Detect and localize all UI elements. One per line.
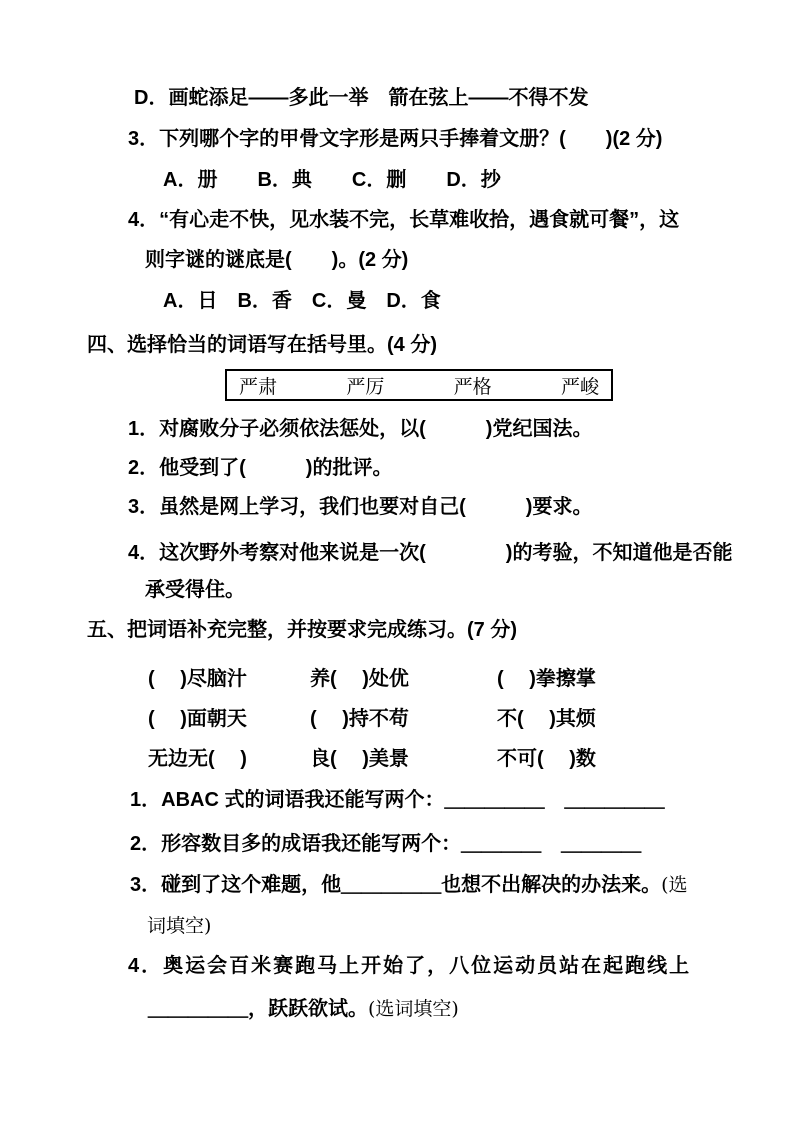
- section-four-item1: 1．对腐败分子必须依法惩处，以( )党纪国法。: [128, 417, 592, 441]
- section-four-item3: 3．虽然是网上学习，我们也要对自己( )要求。: [128, 495, 592, 519]
- word-completion-cell: ( )面朝天: [148, 707, 247, 731]
- section-five-item2: 2．形容数目多的成语我还能写两个：＿＿＿＿ ＿＿＿＿: [130, 832, 641, 856]
- word-bank-item: 严肃: [239, 372, 277, 399]
- section-five-item4-line1: 4．奥运会百米赛跑马上开始了，八位运动员站在起跑线上: [128, 954, 691, 978]
- section-five-heading: 五、把词语补充完整，并按要求完成练习。(7 分): [87, 618, 517, 642]
- section-five-item1: 1．ABAC 式的词语我还能写两个：＿＿＿＿＿ ＿＿＿＿＿: [130, 788, 664, 812]
- word-completion-cell: 不( )其烦: [497, 707, 596, 731]
- word-completion-cell: ( )持不苟: [310, 707, 409, 731]
- section-four-item2: 2．他受到了( )的批评。: [128, 456, 392, 480]
- section-five-item4-note: (选词填空): [368, 998, 459, 1020]
- section-four-item4-line1: 4．这次野外考察对他来说是一次( )的考验，不知道他是否能: [128, 541, 732, 565]
- question4-stem-line2: 则字谜的谜底是( )。(2 分): [145, 248, 408, 272]
- word-bank-item: 严厉: [346, 372, 384, 399]
- question4-stem-line1: 4．“有心走不快，见水装不完，长草难收拾，遇食就可餐”，这: [128, 208, 679, 232]
- word-completion-cell: 不可( )数: [497, 747, 596, 771]
- word-completion-cell: 无边无( ): [148, 747, 247, 771]
- word-bank-item: 严格: [454, 372, 492, 399]
- section-four-item4-line2: 承受得住。: [145, 578, 245, 602]
- section-five-item4-line2: ＿＿＿＿＿，跃跃欲试。(选词填空): [148, 997, 459, 1021]
- word-bank-item: 严峻: [561, 372, 599, 399]
- section-five-item4-blank-text: ＿＿＿＿＿，跃跃欲试。: [148, 998, 368, 1020]
- question3-options: A．册 B．典 C．删 D．抄: [163, 168, 501, 192]
- word-completion-cell: 养( )处优: [310, 667, 409, 691]
- section-five-item3-note-rest: 词填空): [147, 914, 211, 938]
- section-four-heading: 四、选择恰当的词语写在括号里。(4 分): [87, 333, 437, 357]
- exam-paper-page: D．画蛇添足——多此一举 箭在弦上——不得不发 3．下列哪个字的甲骨文字形是两只…: [0, 0, 793, 1122]
- section-five-item3-note-start: (选: [661, 874, 687, 896]
- section-five-item3-text: 3．碰到了这个难题，他＿＿＿＿＿也想不出解决的办法来。: [130, 874, 661, 896]
- word-completion-cell: 良( )美景: [310, 747, 409, 771]
- section-five-item3-line1: 3．碰到了这个难题，他＿＿＿＿＿也想不出解决的办法来。(选: [130, 873, 688, 897]
- word-completion-cell: ( )尽脑汁: [148, 667, 247, 691]
- word-completion-cell: ( )拳擦掌: [497, 667, 596, 691]
- question2-option-d: D．画蛇添足——多此一举 箭在弦上——不得不发: [134, 86, 588, 110]
- word-bank-box: 严肃 严厉 严格 严峻: [225, 369, 613, 401]
- question4-options: A．日 B．香 C．曼 D．食: [163, 289, 441, 313]
- question3-stem: 3．下列哪个字的甲骨文字形是两只手捧着文册？( )(2 分): [128, 127, 662, 151]
